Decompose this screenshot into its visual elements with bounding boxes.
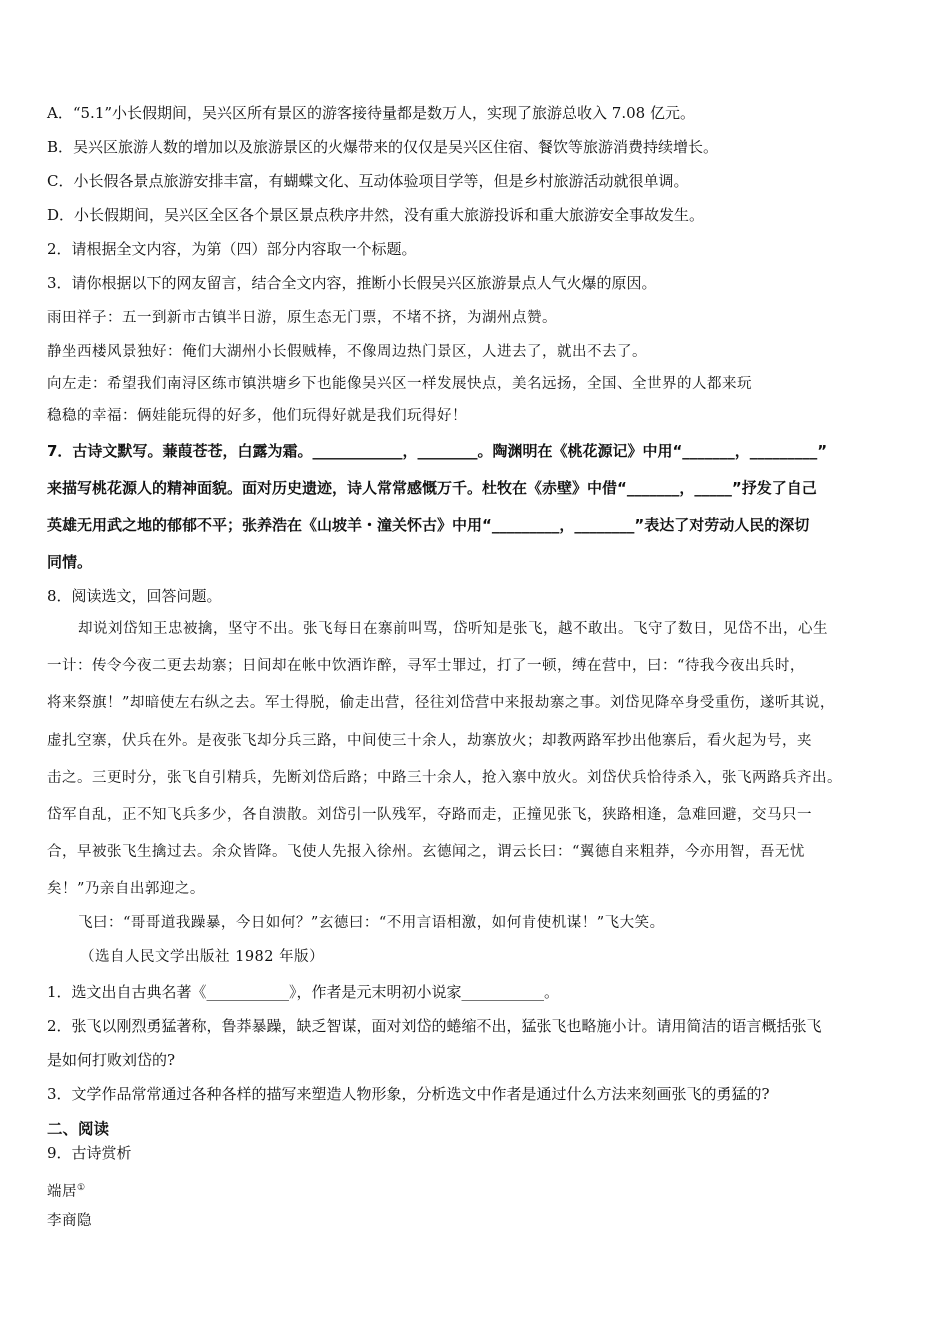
option-d: D．小长假期间，吴兴区全区各个景区景点秩序井然，没有重大旅游投诉和重大旅游安全事… [47,205,704,225]
passage-line: 合，早被张飞生擒过去。余众皆降。飞使人先报入徐州。玄德闻之，谓云长曰：“翼德自来… [47,842,805,862]
comment-4: 稳稳的幸福：俩娃能玩得的好多，他们玩得好就是我们玩得好！ [47,406,467,426]
passage-line: 岱军自乱，正不知飞兵多少，各自溃散。刘岱引一队残军，夺路而走，正撞见张飞，狭路相… [47,805,812,825]
passage-line: 一计：传令今夜二更去劫寨；日间却在帐中饮酒诈醉，寻军士罪过，打了一顿，缚在营中，… [47,656,805,676]
passage-dialogue: 飞曰：“哥哥道我躁暴，今日如何？”玄德曰：“不用言语相激，如何肯使机谋！”飞大笑… [78,913,665,933]
q8-question-2: 2．张飞以刚烈勇猛著称，鲁莽暴躁，缺乏智谋，面对刘岱的蜷缩不出，猛张飞也略施小计… [47,1016,822,1036]
question-3: 3．请你根据以下的网友留言，结合全文内容，推断小长假吴兴区旅游景点人气火爆的原因… [47,273,657,293]
q8-title: 8．阅读选文，回答问题。 [47,586,222,606]
passage-source: （选自人民文学出版社 1982 年版） [80,947,324,967]
section-heading: 二、阅读 [47,1119,109,1139]
passage-line: 矣！”乃亲自出郭迎之。 [47,879,205,899]
q8-question-1: 1．选文出自古典名著《___________》，作者是元末明初小说家______… [47,982,559,1002]
passage-line: 虚扎空寨，伏兵在外。是夜张飞却分兵三路，中间使三十余人，劫寨放火；却教两路军抄出… [47,731,812,751]
q7-line-4: 同情。 [47,552,92,572]
passage-line: 却说刘岱知王忠被擒，坚守不出。张飞每日在寨前叫骂，岱听知是张飞，越不敢出。飞守了… [78,619,828,639]
q9-title: 9．古诗赏析 [47,1143,132,1163]
option-a: A．“5.1”小长假期间，吴兴区所有景区的游客接待量都是数万人，实现了旅游总收入… [47,103,695,123]
q7-line-2: 来描写桃花源人的精神面貌。面对历史遗迹，诗人常常感慨万千。杜牧在《赤壁》中借“_… [47,478,817,498]
passage-line: 击之。三更时分，张飞自引精兵，先断刘岱后路；中路三十余人，抢入寨中放火。刘岱伏兵… [47,768,842,788]
q7-line-3: 英雄无用武之地的郁郁不平；张养浩在《山坡羊・潼关怀古》中用“_________，… [47,515,809,535]
comment-1: 雨田祥子：五一到新市古镇半日游，原生态无门票，不堵不挤，为湖州点赞。 [47,308,557,328]
q8-question-2-cont: 是如何打败刘岱的? [47,1050,175,1070]
option-b: B．吴兴区旅游人数的增加以及旅游景区的火爆带来的仅仅是吴兴区住宿、餐饮等旅游消费… [47,137,718,157]
comment-2: 静坐西楼风景独好：俺们大湖州小长假贼棒，不像周边热门景区，人进去了，就出不去了。 [47,342,647,362]
poem-title: 端居① [47,1178,86,1202]
footnote-marker: ① [77,1183,86,1193]
poem-author: 李商隐 [47,1211,92,1231]
question-2: 2．请根据全文内容，为第（四）部分内容取一个标题。 [47,239,417,259]
option-c: C．小长假各景点旅游安排丰富，有蝴蝶文化、互动体验项目学等，但是乡村旅游活动就很… [47,171,688,191]
q8-question-3: 3．文学作品常常通过各种各样的描写来塑造人物形象，分析选文中作者是通过什么方法来… [47,1084,770,1104]
comment-3: 向左走：希望我们南浔区练市镇洪塘乡下也能像吴兴区一样发展快点，美名远扬，全国、全… [47,374,752,394]
passage-line: 将来祭旗！”却暗使左右纵之去。军士得脱，偷走出营，径往刘岱营中来报劫寨之事。刘岱… [47,693,835,713]
q7-line-1: 7．古诗文默写。蒹葭苍苍，白露为霜。____________，________。… [47,441,827,461]
poem-title-text: 端居 [47,1184,77,1200]
